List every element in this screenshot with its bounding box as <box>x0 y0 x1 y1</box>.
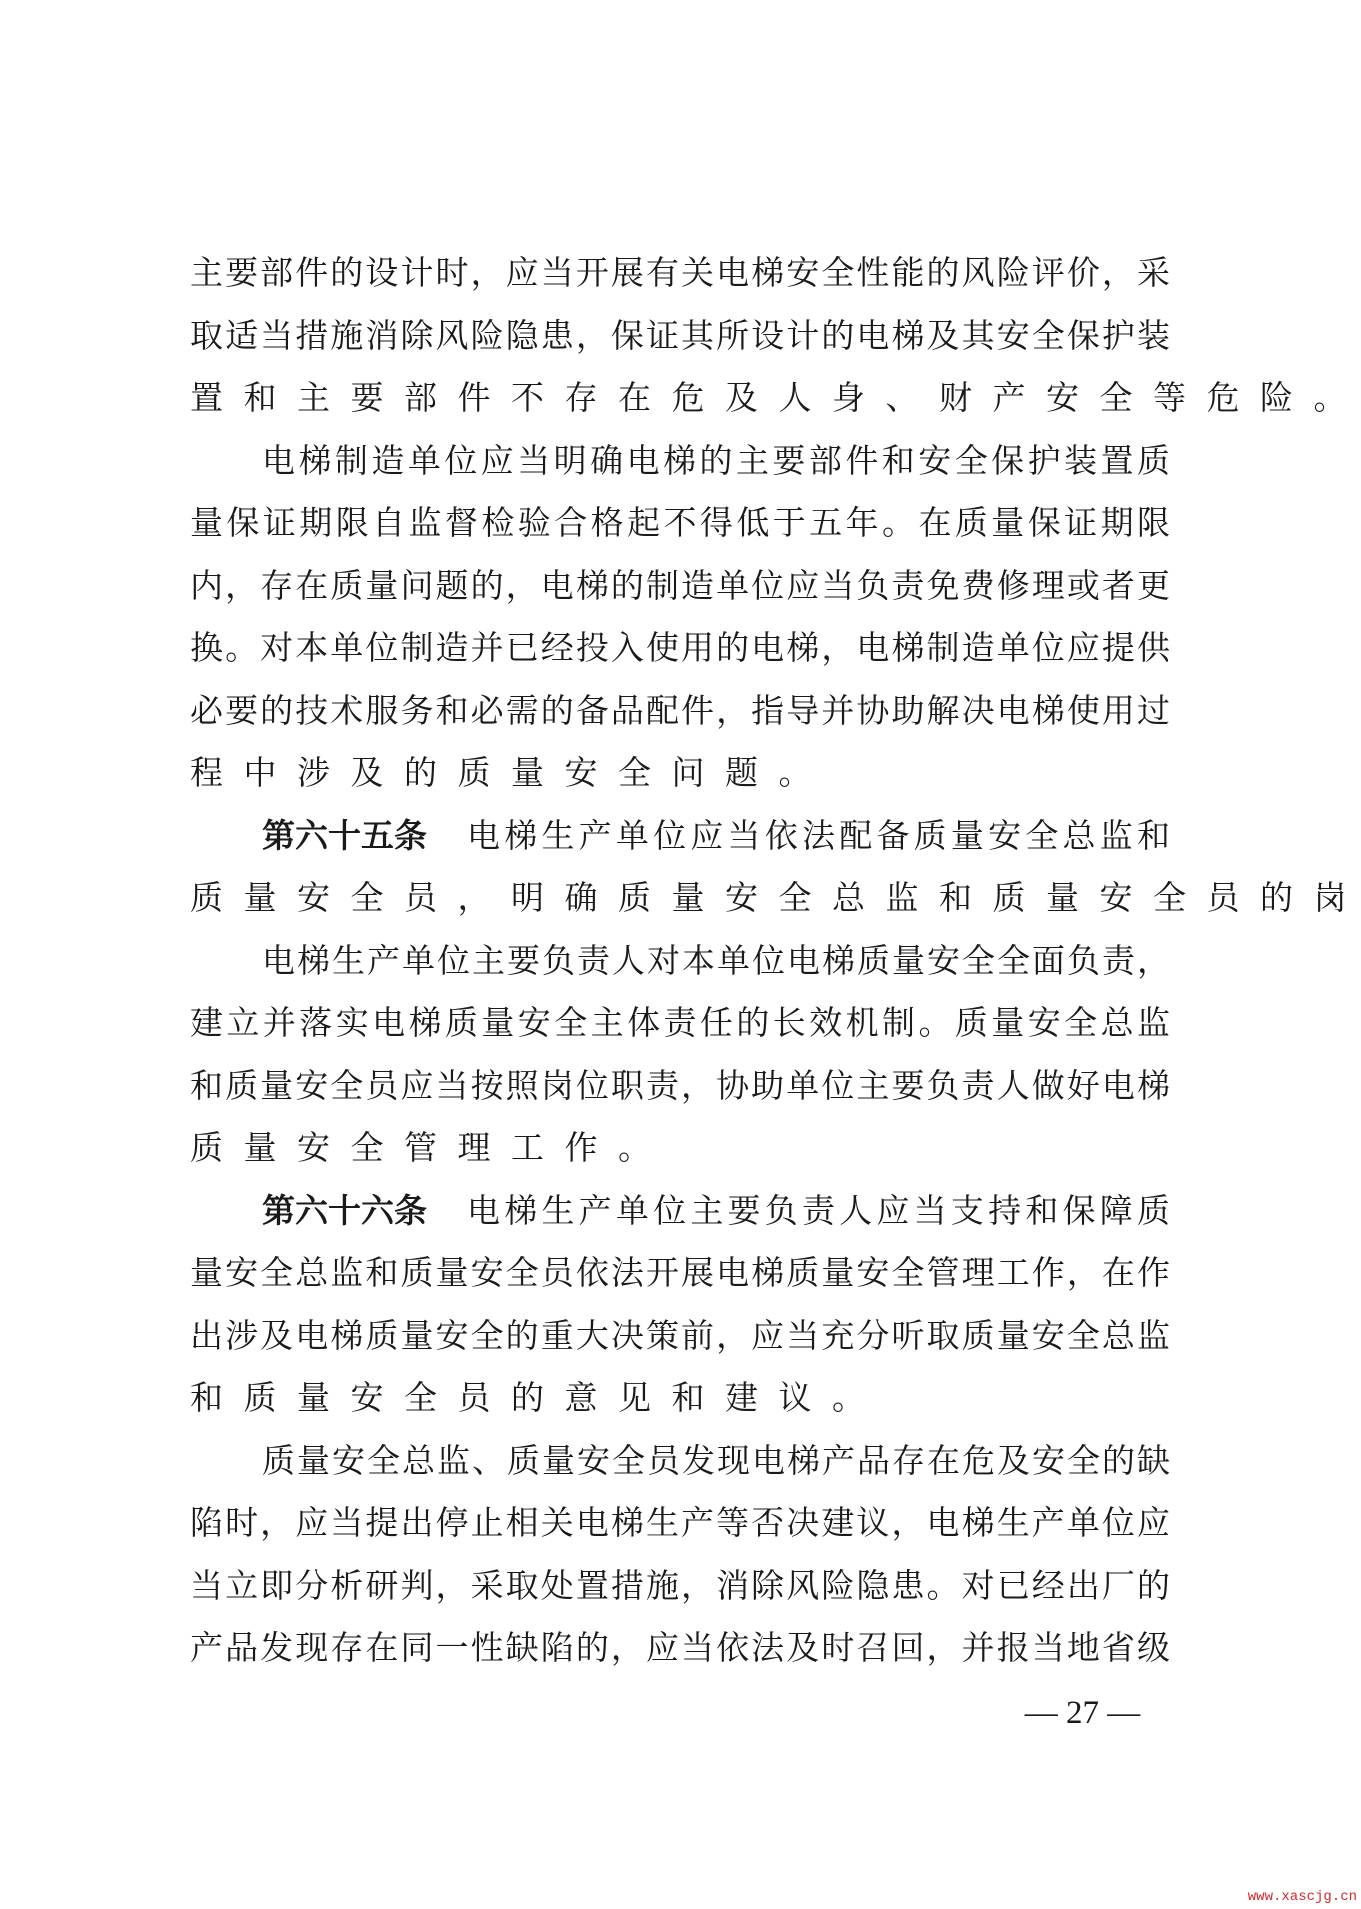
text-line: 换。对本单位制造并已经投入使用的电梯，电梯制造单位应提供 <box>190 617 1170 680</box>
text-line: 和质量安全员的意见和建议。 <box>190 1367 1170 1430</box>
text-line: 置和主要部件不存在危及人身、财产安全等危险。 <box>190 367 1170 430</box>
article-heading: 第六十六条 <box>262 1180 427 1243</box>
text-line: 电梯制造单位应当明确电梯的主要部件和安全保护装置质 <box>190 430 1170 493</box>
text-line: 取适当措施消除风险隐患，保证其所设计的电梯及其安全保护装 <box>190 305 1170 368</box>
article-65-line: 第六十五条 电梯生产单位应当依法配备质量安全总监和 <box>190 805 1170 868</box>
body-text: 主要部件的设计时，应当开展有关电梯安全性能的风险评价，采 取适当措施消除风险隐患… <box>190 242 1170 1680</box>
text-line: 质量安全员，明确质量安全总监和质量安全员的岗位职责。 <box>190 867 1170 930</box>
text-line: 质量安全管理工作。 <box>190 1117 1170 1180</box>
text-line: 必要的技术服务和必需的备品配件，指导并协助解决电梯使用过 <box>190 680 1170 743</box>
article-heading: 第六十五条 <box>262 805 427 868</box>
watermark: www.xascjg.cn <box>1248 1889 1357 1905</box>
text-line: 出涉及电梯质量安全的重大决策前，应当充分听取质量安全总监 <box>190 1305 1170 1368</box>
page-number: — 27 — <box>1020 1690 1145 1736</box>
text-line: 主要部件的设计时，应当开展有关电梯安全性能的风险评价，采 <box>190 242 1170 305</box>
text-line: 量安全总监和质量安全员依法开展电梯质量安全管理工作，在作 <box>190 1242 1170 1305</box>
text-line: 陷时，应当提出停止相关电梯生产等否决建议，电梯生产单位应 <box>190 1492 1170 1555</box>
text-line: 质量安全总监、质量安全员发现电梯产品存在危及安全的缺 <box>190 1430 1170 1493</box>
text-line: 和质量安全员应当按照岗位职责，协助单位主要负责人做好电梯 <box>190 1055 1170 1118</box>
document-page: 主要部件的设计时，应当开展有关电梯安全性能的风险评价，采 取适当措施消除风险隐患… <box>0 0 1361 1909</box>
text-line: 量保证期限自监督检验合格起不得低于五年。在质量保证期限 <box>190 492 1170 555</box>
text-line: 电梯生产单位应当依法配备质量安全总监和 <box>467 805 1170 868</box>
text-line: 产品发现存在同一性缺陷的，应当依法及时召回，并报当地省级 <box>190 1617 1170 1680</box>
text-line: 当立即分析研判，采取处置措施，消除风险隐患。对已经出厂的 <box>190 1555 1170 1618</box>
article-66-line: 第六十六条 电梯生产单位主要负责人应当支持和保障质 <box>190 1180 1170 1243</box>
text-line: 程中涉及的质量安全问题。 <box>190 742 1170 805</box>
text-line: 电梯生产单位主要负责人对本单位电梯质量安全全面负责， <box>190 930 1170 993</box>
text-line: 建立并落实电梯质量安全主体责任的长效机制。质量安全总监 <box>190 992 1170 1055</box>
text-line: 内，存在质量问题的，电梯的制造单位应当负责免费修理或者更 <box>190 555 1170 618</box>
text-line: 电梯生产单位主要负责人应当支持和保障质 <box>467 1180 1170 1243</box>
